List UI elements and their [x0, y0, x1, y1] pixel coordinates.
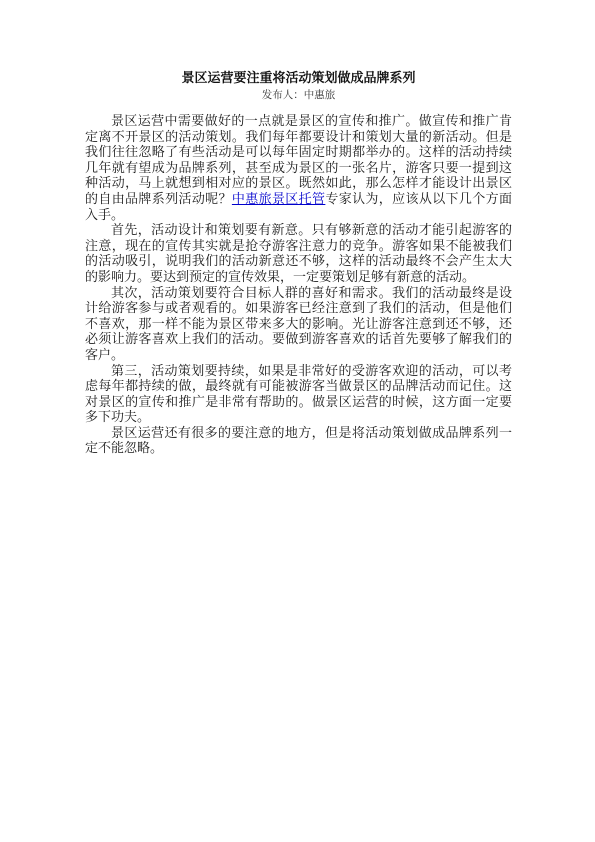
article-paragraph-5: 景区运营还有很多的要注意的地方，但是将活动策划做成品牌系列一定不能忽略。	[85, 425, 512, 456]
article-body: 景区运营中需要做好的一点就是景区的宣传和推广。做宣传和推广肯定离不开景区的活动策…	[85, 113, 512, 456]
article-paragraph-3: 其次，活动策划要符合目标人群的喜好和需求。我们的活动最终是设计给游客参与或者观看…	[85, 285, 512, 363]
article-paragraph-1: 景区运营中需要做好的一点就是景区的宣传和推广。做宣传和推广肯定离不开景区的活动策…	[85, 113, 512, 222]
article-paragraph-2: 首先，活动设计和策划要有新意。只有够新意的活动才能引起游客的注意，现在的宣传其实…	[85, 222, 512, 284]
byline: 发布人：中惠旅	[85, 89, 512, 102]
document-content: 景区运营要注重将活动策划做成品牌系列 发布人：中惠旅 景区运营中需要做好的一点就…	[85, 70, 512, 456]
article-paragraph-4: 第三，活动策划要持续，如果是非常好的受游客欢迎的活动，可以考虑每年都持续的做，最…	[85, 363, 512, 425]
document-page: 景区运营要注重将活动策划做成品牌系列 发布人：中惠旅 景区运营中需要做好的一点就…	[0, 0, 595, 842]
page-title: 景区运营要注重将活动策划做成品牌系列	[85, 70, 512, 86]
scenic-area-trusteeship-link[interactable]: 中惠旅景区托管	[232, 191, 325, 206]
